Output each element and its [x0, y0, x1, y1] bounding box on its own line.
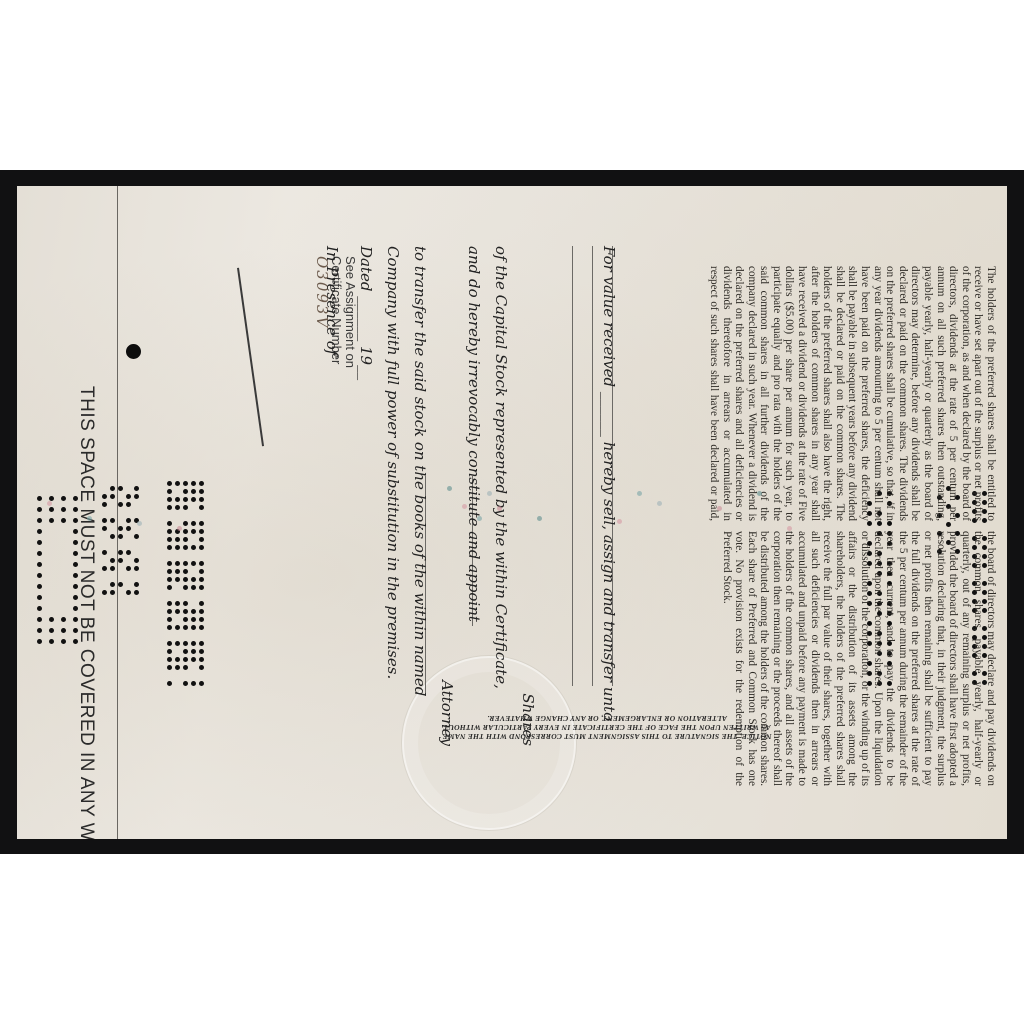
- paper-fiber-fleck: [47, 501, 52, 506]
- assignment-form: For value received ______ hereby sell, a…: [312, 246, 622, 746]
- paper-fiber-fleck: [177, 526, 182, 531]
- perforation-dot: [37, 628, 42, 633]
- perforation-dot: [102, 502, 107, 507]
- perforation-dot: [110, 590, 115, 595]
- perforation-dot: [37, 551, 42, 556]
- perforation-dot: [134, 566, 139, 571]
- preferred-stock-terms: The holders of the preferred shares shal…: [707, 266, 997, 786]
- perforation-dot: [110, 558, 115, 563]
- perforation-dot: [167, 521, 172, 526]
- perforation-dot: [167, 529, 172, 534]
- paper-fiber-fleck: [462, 504, 467, 509]
- perforation-dot: [191, 585, 196, 590]
- perforation-dot: [37, 507, 42, 512]
- perforation-dot: [183, 489, 188, 494]
- perforation-dot: [134, 590, 139, 595]
- perforation-dot: [183, 585, 188, 590]
- perforation-dot: [73, 496, 78, 501]
- perforation-dot: [61, 496, 66, 501]
- perforation-dot: [118, 582, 123, 587]
- perforation-dot: [118, 486, 123, 491]
- perforation-dot: [183, 665, 188, 670]
- assignment-line-8: to transfer the said stock on the books …: [406, 246, 433, 746]
- perforation-dot: [183, 561, 188, 566]
- paper-fiber-fleck: [447, 486, 452, 491]
- paper-fiber-fleck: [617, 519, 622, 524]
- perforation-dot: [167, 625, 172, 630]
- perforation-dot: [134, 486, 139, 491]
- perforation-dot: [175, 641, 180, 646]
- perforation-dot: [183, 545, 188, 550]
- perforation-dot: [37, 518, 42, 523]
- paper-fiber-fleck: [717, 506, 722, 511]
- perforation-dot: [183, 521, 188, 526]
- perforation-dot: [37, 595, 42, 600]
- stub-warning-text: THIS SPACE MUST NOT BE COVERED IN ANY WA…: [71, 386, 97, 839]
- perforation-dot: [61, 507, 66, 512]
- perforation-dot: [167, 497, 172, 502]
- perforation-dot: [175, 569, 180, 574]
- perforation-dot: [118, 502, 123, 507]
- perforation-dot: [191, 529, 196, 534]
- paper-fiber-fleck: [497, 506, 502, 511]
- perforation-dot: [126, 494, 131, 499]
- perforation-dot: [175, 577, 180, 582]
- perforation-dot: [37, 540, 42, 545]
- perforation-dot: [167, 561, 172, 566]
- perforation-dot: [199, 681, 204, 686]
- perforation-dot: [73, 518, 78, 523]
- perforation-dot: [175, 657, 180, 662]
- perforation-dot: [37, 639, 42, 644]
- perforation-dot: [183, 537, 188, 542]
- perforation-dot: [134, 582, 139, 587]
- perforation-dot: [183, 625, 188, 630]
- shares-label: Shares: [514, 246, 541, 746]
- perforation-dot: [167, 489, 172, 494]
- perforation-dot: [199, 489, 204, 494]
- perforation-dot: [61, 639, 66, 644]
- perforation-dot: [191, 577, 196, 582]
- certificate-paper: THIS SPACE MUST NOT BE COVERED IN ANY WA…: [17, 186, 1007, 839]
- perforation-dot: [175, 497, 180, 502]
- stamp-underline: [237, 268, 264, 447]
- paper-fiber-fleck: [137, 521, 142, 526]
- perforation-dot: [110, 494, 115, 499]
- paper-fiber-fleck: [757, 491, 762, 496]
- perforation-dot: [167, 657, 172, 662]
- perforation-dot: [167, 681, 172, 686]
- perforation-dot: [199, 545, 204, 550]
- perforation-dot: [73, 628, 78, 633]
- perforation-dot: [37, 573, 42, 578]
- perforation-dot: [199, 505, 204, 510]
- paper-fiber-fleck: [487, 491, 492, 496]
- perforation-dot: [73, 529, 78, 534]
- perforation-dot: [102, 526, 107, 531]
- perforation-dot: [183, 577, 188, 582]
- perforation-dot: [191, 649, 196, 654]
- perforation-dot: [199, 521, 204, 526]
- perforation-dot: [73, 595, 78, 600]
- perforation-dot: [134, 558, 139, 563]
- attorney-label: Attorney: [433, 246, 460, 746]
- perforation-dot: [199, 585, 204, 590]
- perforation-dot: [199, 481, 204, 486]
- perforation-dot: [167, 665, 172, 670]
- perforation-dot: [126, 518, 131, 523]
- perforation-dot: [126, 502, 131, 507]
- perforation-dot: [73, 551, 78, 556]
- perforation-dot: [37, 606, 42, 611]
- perforation-dot: [191, 657, 196, 662]
- perforation-dot: [49, 617, 54, 622]
- perforation-dot: [49, 518, 54, 523]
- assignment-line-6: and do hereby irrevocably constitute and…: [460, 246, 487, 746]
- perforation-dot: [167, 577, 172, 582]
- punch-hole: [126, 344, 141, 359]
- perforation-dot: [110, 534, 115, 539]
- perforation-dot: [199, 601, 204, 606]
- perforation-dot: [102, 590, 107, 595]
- perforation-dot: [134, 494, 139, 499]
- perforation-dot: [175, 545, 180, 550]
- assignment-line-3: [541, 246, 568, 746]
- perforation-dot: [167, 545, 172, 550]
- perforation-dot: [183, 649, 188, 654]
- perforation-dot: [183, 569, 188, 574]
- perforation-dot: [73, 639, 78, 644]
- paper-fiber-fleck: [537, 516, 542, 521]
- perforation-dot: [118, 526, 123, 531]
- perforation-dot: [199, 561, 204, 566]
- perforation-dot: [167, 609, 172, 614]
- perforation-dot: [37, 562, 42, 567]
- perforation-dot: [199, 537, 204, 542]
- paper-fiber-fleck: [657, 501, 662, 506]
- paper-fiber-fleck: [87, 516, 92, 521]
- perforation-dot: [61, 518, 66, 523]
- perforation-dot: [167, 617, 172, 622]
- perforation-dot: [49, 628, 54, 633]
- perforation-dot: [175, 609, 180, 614]
- paper-fiber-fleck: [477, 516, 482, 521]
- perforation-dot: [73, 573, 78, 578]
- perforation-dot: [191, 617, 196, 622]
- perforation-dot: [191, 625, 196, 630]
- perforation-dot: [167, 481, 172, 486]
- perforation-dot: [167, 505, 172, 510]
- perforation-dot: [167, 641, 172, 646]
- perforation-dot: [167, 649, 172, 654]
- perforation-dot: [175, 561, 180, 566]
- perforation-dot: [191, 681, 196, 686]
- perforation-dot: [183, 681, 188, 686]
- perforation-dot: [183, 497, 188, 502]
- perforation-dot: [73, 540, 78, 545]
- paper-fiber-fleck: [787, 526, 792, 531]
- perforation-dot: [175, 537, 180, 542]
- perforation-dot: [191, 545, 196, 550]
- perforation-dot: [199, 649, 204, 654]
- perforation-dot: [110, 582, 115, 587]
- perforation-dot: [37, 529, 42, 534]
- assignment-line-1: For value received ______ hereby sell, a…: [595, 246, 622, 746]
- perforation-dot: [191, 497, 196, 502]
- perforation-dot: [183, 657, 188, 662]
- perforation-dot: [183, 505, 188, 510]
- perforation-dot: [175, 625, 180, 630]
- perforation-dot: [191, 609, 196, 614]
- perforation-dot: [73, 562, 78, 567]
- perforation-dot: [191, 481, 196, 486]
- perforation-dot: [175, 665, 180, 670]
- perforation-dot: [199, 641, 204, 646]
- perforation-dot: [73, 584, 78, 589]
- perforation-dot: [73, 606, 78, 611]
- perforation-dot: [183, 481, 188, 486]
- perforation-dot: [199, 577, 204, 582]
- perforation-dot: [102, 550, 107, 555]
- perforation-dot: [191, 489, 196, 494]
- dated-field: Dated ______ 19__: [352, 246, 379, 746]
- perforation-dot: [61, 617, 66, 622]
- perforation-dot: [126, 550, 131, 555]
- perforation-dot: [49, 507, 54, 512]
- perforation-dot: [175, 481, 180, 486]
- perforation-dot: [73, 507, 78, 512]
- perforation-dot: [118, 534, 123, 539]
- perforation-dot: [167, 537, 172, 542]
- perforation-dot: [199, 609, 204, 614]
- perforation-dot: [167, 585, 172, 590]
- perforation-dot: [191, 561, 196, 566]
- notice-label: NOTICE.: [740, 732, 772, 741]
- perforation-dot: [191, 521, 196, 526]
- assignment-line-9: Company with full power of substitution …: [379, 246, 406, 746]
- in-presence-of-label: In Presence of: [312, 246, 352, 746]
- perforation-dot: [167, 601, 172, 606]
- perforation-dot: [37, 584, 42, 589]
- perforation-dot: [61, 628, 66, 633]
- perforation-dot: [110, 566, 115, 571]
- perforation-dot: [199, 497, 204, 502]
- perforation-dot: [183, 529, 188, 534]
- perforation-dot: [199, 569, 204, 574]
- notice-text: THE SIGNATURE TO THIS ASSIGNMENT MUST CO…: [442, 714, 770, 741]
- perforation-dot: [199, 657, 204, 662]
- perforation-dot: [49, 639, 54, 644]
- perforation-dot: [102, 518, 107, 523]
- paper-fiber-fleck: [637, 491, 642, 496]
- perforation-dot: [102, 566, 107, 571]
- perforation-dot: [199, 529, 204, 534]
- perforation-dot: [110, 486, 115, 491]
- perforation-dot: [134, 534, 139, 539]
- perforation-dot: [167, 569, 172, 574]
- perforation-dot: [183, 641, 188, 646]
- perforation-dot: [37, 496, 42, 501]
- perforation-dot: [199, 625, 204, 630]
- perforation-dot: [126, 590, 131, 595]
- perforation-dot: [118, 558, 123, 563]
- perforation-dot: [183, 617, 188, 622]
- perforation-dot: [73, 617, 78, 622]
- perforation-dot: [175, 601, 180, 606]
- perforation-dot: [199, 617, 204, 622]
- perforation-dot: [110, 518, 115, 523]
- perforation-dot: [183, 601, 188, 606]
- perforation-dot: [37, 617, 42, 622]
- perforation-dot: [118, 550, 123, 555]
- perforation-dot: [126, 566, 131, 571]
- perforation-dot: [191, 641, 196, 646]
- stub-divider-line: [117, 186, 118, 839]
- perforation-dot: [199, 665, 204, 670]
- signature-notice: NOTICE. THE SIGNATURE TO THIS ASSIGNMENT…: [437, 714, 777, 741]
- perforation-dot: [175, 505, 180, 510]
- perforation-dot: [183, 609, 188, 614]
- assignment-line-5: of the Capital Stock represented by the …: [487, 246, 514, 746]
- perforation-dot: [102, 494, 107, 499]
- assignment-line-2: [568, 246, 595, 746]
- perforation-dot: [126, 526, 131, 531]
